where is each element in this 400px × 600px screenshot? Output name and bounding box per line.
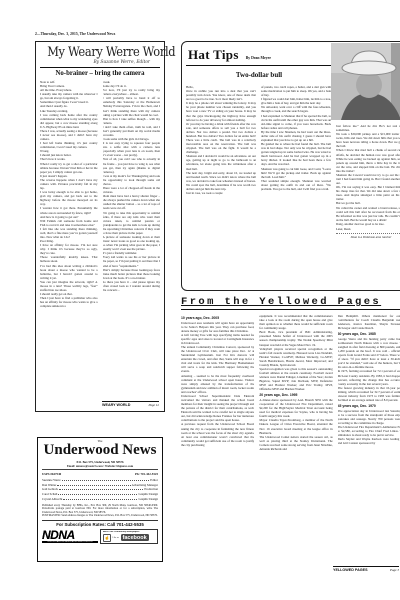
ndna-wordmark: NDNA [42,530,98,541]
dotted-leader [58,494,137,495]
jump-page: Page 3 [390,568,399,572]
hat-tips-article: Hat Tips By Dean Meyer Two-dollar bull H… [181,41,400,291]
masthead-divider [40,67,160,68]
weary-world-article: My Weary Werre World By Suzanne Werre, E… [35,41,165,412]
yellowed-pages-jump-line: YELLOWED PAGES Page 3 [333,566,399,572]
columnist-photo [331,43,400,120]
article-column-3: Dan Hemphill. Others mentioned for outst… [338,314,400,566]
hat-tips-byline: By Dean Meyer [246,56,271,60]
decade-subhead: 10 years ago, Dec. 2005 [181,316,254,320]
article-column-2: of panels, two catch ropes, a halter, an… [261,85,331,290]
newspaper-contact: Email: unnews@westriv.com • Website: bhg… [42,464,158,471]
columnist-tagline: Dean is a Dickinson area rancher [336,233,400,239]
column-text: Underwood area residents will again have… [181,321,254,447]
weary-world-columns: Note to self. Bring Your Camera. All the… [40,80,160,386]
facebook-promo-box: BHG’s ND Community Newspapers ☝ Like us … [100,529,158,544]
weary-world-masthead: My Weary Werre World [47,45,153,60]
decade-subhead: 20 years ago, Dec. 1995 [259,393,332,397]
phone-number: Ph: 701-442-5525 [135,472,158,476]
staff-role: Graphic Design [138,497,158,502]
column-text: George Werre and his hunting party came … [338,337,400,402]
column-text: Dan Hemphill. Others mentioned for outst… [338,314,400,330]
weary-world-headline: No-brainer – bring the camera [40,70,160,77]
subscription-rates-line: For Subscription Rates: Call 701-442-553… [42,520,158,527]
page-folio: 2—Thursday, Dec. 3, 2015, The Underwood … [35,32,115,36]
dotted-leader [59,489,144,490]
article-column-2: break. Some day I’ll do it. For now, I’l… [103,80,161,386]
weary-world-jump-line: WEARY WORLD Page 12 [102,401,159,407]
publication-fine-print: Published every Thursday by BHG, Inc., P… [42,504,158,518]
bhg-caption: BHG’s ND Community Newspapers [103,531,155,533]
signoff: Later, Dean [336,227,400,231]
dotted-leader [57,485,130,486]
jump-label: WEARY WORLD [102,403,130,407]
ndna-logo: NDNA NORTH DAKOTA NEWSPAPER ASSOCIATION [42,530,98,543]
hat-tips-masthead: Hat Tips [188,47,239,62]
column-text: A dinner-dance sponsored by AAL Branch 3… [259,398,332,451]
column-text: equipment. It was recommended that the c… [259,314,332,391]
newspaper-title: Underwood News [42,443,158,459]
article-column-2: equipment. It was recommended that the c… [259,314,332,566]
weary-world-byline: By Suzanne Werre, Editor [40,60,150,65]
like-us-label: Like us [113,537,120,539]
yellowed-pages-columns: 10 years ago, Dec. 2005 Underwood area r… [181,314,400,566]
jump-label: YELLOWED PAGES [333,568,368,572]
yellowed-pages-section: From the Yellowed Pages 10 years ago, De… [181,296,400,578]
decade-subhead: 30 years ago, Dec. 1985 [338,332,400,336]
column-text: The appreciation day in Underwood last S… [338,409,400,446]
dotted-leader [63,499,137,500]
article-column-1: Hello, Once in awhile you run into a dea… [186,85,256,290]
dotted-leader [62,480,150,481]
hat-tips-headline: Two-dollar bull [186,71,332,79]
column-text: Just follow me.” And he did. He’s not re… [336,124,400,226]
staff-row: Crystal AlbrechtGraphic Design [42,497,158,502]
ndna-caption: NORTH DAKOTA NEWSPAPER ASSOCIATION [42,541,98,544]
article-column-1: 10 years ago, Dec. 2005 Underwood area r… [181,314,254,566]
usps-number: USPS #647540 [42,472,61,476]
newspaper-masthead-box: The Underwood News P.O. Box 575, Underwo… [37,437,163,562]
facebook-wordmark: facebook [121,534,149,541]
jump-page: Page 12 [148,403,159,407]
staff-name: Crystal Albrecht [42,497,62,502]
staff-list: Suzanne WerreEditor Dan WinterAdvertisin… [42,478,158,502]
yellowed-pages-masthead: From the Yellowed Pages [181,296,400,310]
article-column-1: Note to self. Bring Your Camera. All the… [40,80,98,386]
decade-subhead: 45 years ago, Dec. 1970 [338,404,400,408]
hat-tips-masthead-row: Hat Tips By Dean Meyer [186,45,334,66]
thumbs-up-icon: ☝ [103,534,111,542]
